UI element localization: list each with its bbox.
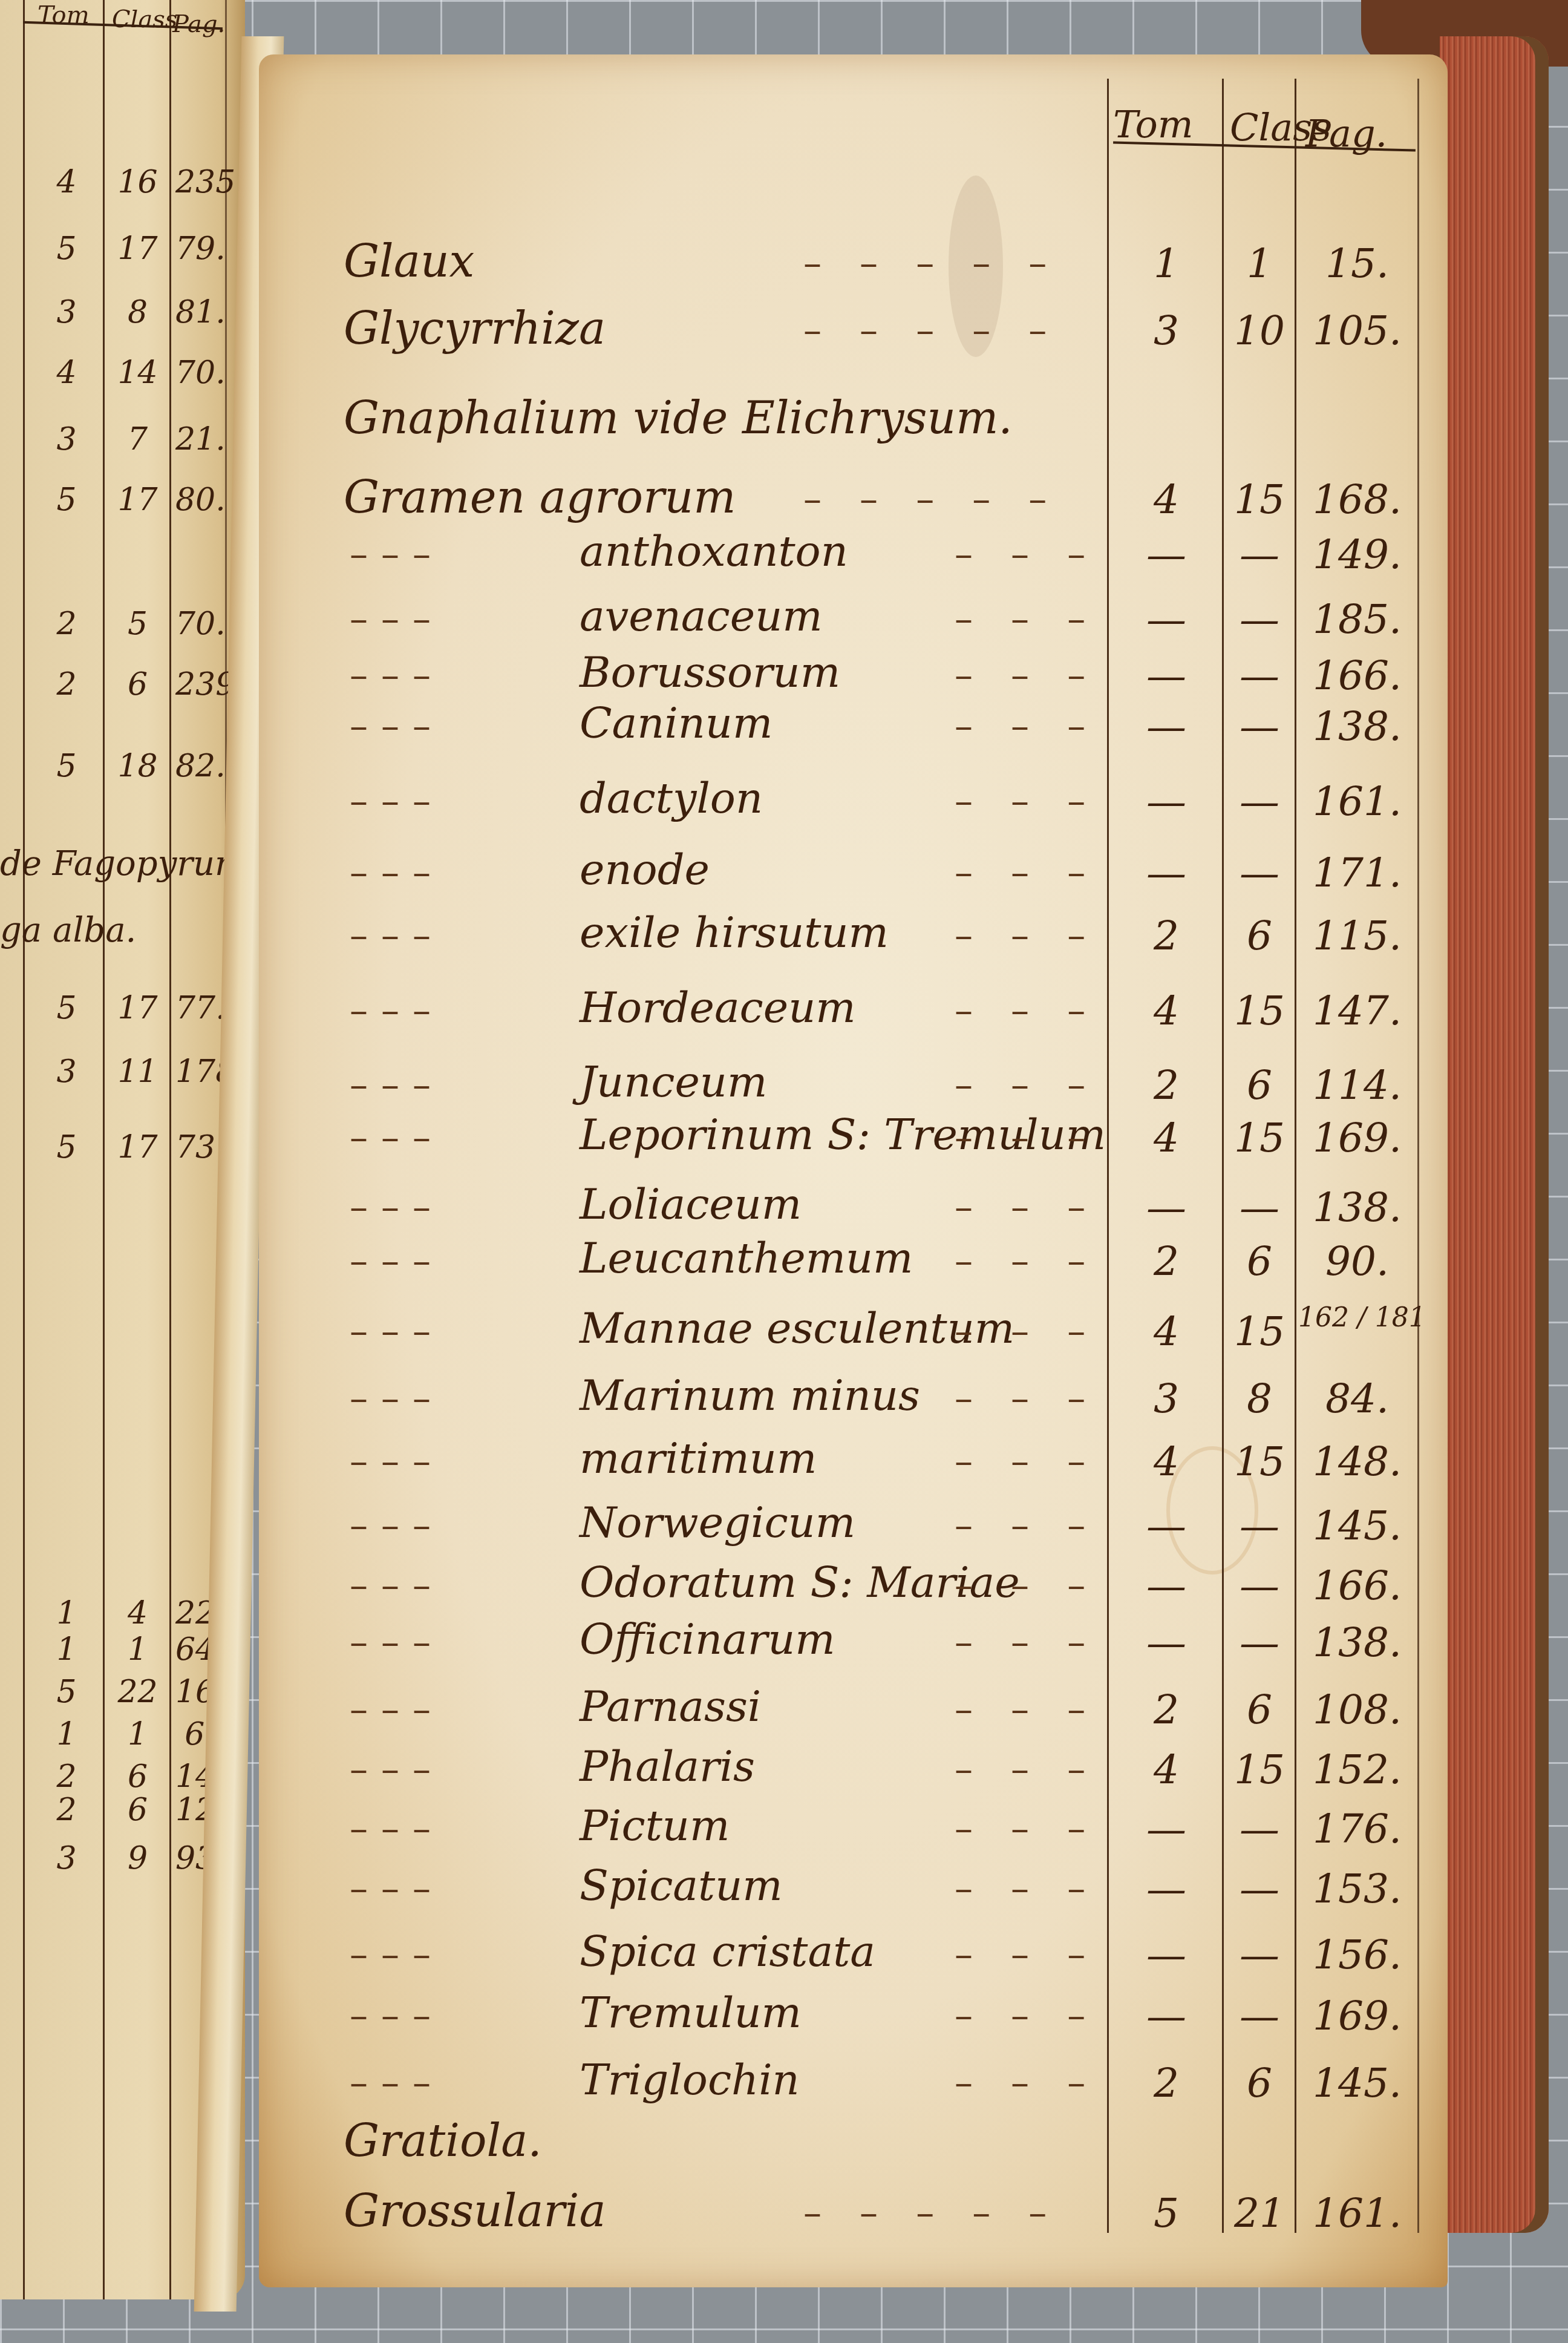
sub-entry-name: enode xyxy=(580,848,710,891)
right-border-rule xyxy=(1417,79,1419,2233)
leader-dashes: – – – xyxy=(955,1119,1099,1156)
cell-tom: — xyxy=(1112,853,1221,893)
entry-name: Grossularia xyxy=(344,2189,606,2233)
leader-dashes: – – – xyxy=(955,536,1099,572)
cell-class: — xyxy=(1226,1935,1293,1975)
cell-tom: 2 xyxy=(1112,1242,1221,1282)
left-cell-pag: 235. xyxy=(175,166,224,198)
sub-entry-name: dactylon xyxy=(580,777,763,819)
cell-class: 6 xyxy=(1226,1066,1293,1106)
left-cell-tom: 2 xyxy=(42,1761,91,1792)
left-header-tom: Tom xyxy=(38,3,90,27)
leader-dashes: – – – xyxy=(955,1936,1099,1973)
cell-tom: 4 xyxy=(1112,1442,1221,1482)
left-cell-class: 18 xyxy=(112,750,163,782)
cell-tom: 2 xyxy=(1112,2063,1221,2103)
cell-class: 15 xyxy=(1226,1750,1293,1790)
sub-entry-name: Norwegicum xyxy=(580,1501,855,1544)
left-cell-tom: 5 xyxy=(42,992,91,1024)
cell-class: — xyxy=(1226,1809,1293,1849)
cell-pag: 168. xyxy=(1298,480,1416,520)
leader-dashes: – – – xyxy=(955,1313,1099,1349)
left-cell-pag: 82. xyxy=(175,750,224,782)
left-fragment-text-1: de Fagopyrum. xyxy=(0,847,258,881)
left-cell-pag: 70. xyxy=(175,608,224,640)
sub-entry-name: Triglochin xyxy=(580,2059,800,2101)
left-cell-pag: 79. xyxy=(175,233,224,264)
cell-pag: 148. xyxy=(1298,1442,1416,1482)
left-cell-pag: 80. xyxy=(175,484,224,516)
leader-dashes: – – – xyxy=(955,783,1099,819)
leader-dashes: – – – xyxy=(955,2065,1099,2101)
ditto-leader-dashes: ––– xyxy=(350,917,444,954)
entry-name: Glaux xyxy=(344,239,474,284)
cell-pag: 15. xyxy=(1298,244,1416,284)
cell-pag: 138. xyxy=(1298,1188,1416,1228)
cell-pag: 115. xyxy=(1298,916,1416,956)
left-cell-tom: 1 xyxy=(42,1719,91,1750)
leader-dashes: – – – xyxy=(955,992,1099,1029)
header-tom: Tom xyxy=(1113,106,1194,143)
sub-entry-name: Pictum xyxy=(580,1804,730,1847)
cell-pag: 108. xyxy=(1298,1690,1416,1730)
cell-tom: — xyxy=(1112,1188,1221,1228)
ditto-leader-dashes: ––– xyxy=(350,536,444,572)
sub-entry-name: avenaceum xyxy=(580,595,823,637)
leader-dashes: – – – xyxy=(955,657,1099,693)
cell-class: 15 xyxy=(1226,1442,1293,1482)
ditto-leader-dashes: ––– xyxy=(350,1119,444,1156)
cell-tom: — xyxy=(1112,1566,1221,1606)
ditto-leader-dashes: ––– xyxy=(350,1691,444,1728)
cell-pag: 162 / 181 xyxy=(1298,1305,1416,1331)
cell-pag: 161. xyxy=(1298,782,1416,822)
left-cell-class: 17 xyxy=(112,1132,163,1163)
left-cell-pag: 239. xyxy=(175,669,224,700)
left-cell-tom: 4 xyxy=(42,357,91,388)
left-cell-class: 1 xyxy=(112,1719,163,1750)
left-cell-class: 16 xyxy=(112,166,163,198)
ditto-leader-dashes: ––– xyxy=(350,1567,444,1604)
left-cell-class: 6 xyxy=(112,1794,163,1826)
left-cell-class: 9 xyxy=(112,1843,163,1874)
tom-column-rule xyxy=(1107,79,1109,2233)
cell-tom: — xyxy=(1112,1809,1221,1849)
leader-dashes: – – – xyxy=(955,1624,1099,1660)
cell-tom: 4 xyxy=(1112,1750,1221,1790)
header-pag: Pag. xyxy=(1305,115,1387,152)
cell-class: 6 xyxy=(1226,916,1293,956)
cell-pag: 152. xyxy=(1298,1750,1416,1790)
left-cell-tom: 2 xyxy=(42,1794,91,1826)
cell-class: 6 xyxy=(1226,1242,1293,1282)
ditto-leader-dashes: ––– xyxy=(350,1751,444,1788)
ditto-leader-dashes: ––– xyxy=(350,2065,444,2101)
left-header-pag: Pag. xyxy=(172,12,225,36)
cell-pag: 138. xyxy=(1298,707,1416,747)
left-cell-class: 4 xyxy=(112,1597,163,1629)
left-cell-tom: 3 xyxy=(42,297,91,328)
cell-tom: — xyxy=(1112,1623,1221,1663)
cell-tom: 3 xyxy=(1112,311,1221,351)
cell-class: 1 xyxy=(1226,244,1293,284)
cell-pag: 166. xyxy=(1298,656,1416,696)
cell-pag: 161. xyxy=(1298,2194,1416,2233)
cell-pag: 114. xyxy=(1298,1066,1416,1106)
left-cell-tom: 2 xyxy=(42,608,91,640)
cell-tom: — xyxy=(1112,782,1221,822)
left-cell-tom: 5 xyxy=(42,1676,91,1708)
cell-class: — xyxy=(1226,853,1293,893)
pag-column-rule xyxy=(1295,79,1296,2233)
sub-entry-name: Loliaceum xyxy=(580,1183,802,1225)
sub-entry-name: Caninum xyxy=(580,702,773,744)
left-header-class: Class xyxy=(112,7,177,31)
cell-class: 10 xyxy=(1226,311,1293,351)
left-cell-tom: 1 xyxy=(42,1597,91,1629)
cell-class: — xyxy=(1226,1188,1293,1228)
leader-dashes: – – – xyxy=(955,854,1099,891)
left-cell-tom: 5 xyxy=(42,233,91,264)
cell-tom: 2 xyxy=(1112,1066,1221,1106)
left-cell-pag: 73. xyxy=(175,1132,224,1163)
cell-pag: 153. xyxy=(1298,1869,1416,1909)
left-cell-tom: 3 xyxy=(42,1843,91,1874)
ditto-leader-dashes: ––– xyxy=(350,1380,444,1417)
sub-entry-name: Leucanthemum xyxy=(580,1237,913,1279)
entry-name: Gramen agrorum xyxy=(344,475,736,520)
cell-class: — xyxy=(1226,1996,1293,2036)
ditto-leader-dashes: ––– xyxy=(350,783,444,819)
sub-entry-name: Phalaris xyxy=(580,1745,755,1788)
leader-dashes: – – – – – xyxy=(803,245,1060,281)
cell-pag: 105. xyxy=(1298,311,1416,351)
left-cell-class: 1 xyxy=(112,1634,163,1665)
cell-pag: 138. xyxy=(1298,1623,1416,1663)
entry-name: Glycyrrhiza xyxy=(344,306,606,351)
cell-class: — xyxy=(1226,535,1293,575)
left-cell-class: 5 xyxy=(112,608,163,640)
cell-class: 6 xyxy=(1226,2063,1293,2103)
sub-entry-name: Odoratum S: Mariae xyxy=(580,1561,1020,1604)
ditto-leader-dashes: ––– xyxy=(350,708,444,744)
cell-pag: 145. xyxy=(1298,1506,1416,1546)
cell-class: 15 xyxy=(1226,991,1293,1031)
cell-pag: 145. xyxy=(1298,2063,1416,2103)
left-cell-tom: 3 xyxy=(42,1056,91,1087)
sub-entry-name: Mannae esculentum xyxy=(580,1307,1014,1349)
cell-class: — xyxy=(1226,707,1293,747)
sub-entry-name: Parnassi xyxy=(580,1685,761,1728)
ditto-leader-dashes: ––– xyxy=(350,1624,444,1660)
cell-tom: 4 xyxy=(1112,991,1221,1031)
cell-tom: — xyxy=(1112,1506,1221,1546)
ditto-leader-dashes: ––– xyxy=(350,1189,444,1225)
cell-pag: 156. xyxy=(1298,1935,1416,1975)
left-cell-class: 14 xyxy=(112,357,163,388)
ditto-leader-dashes: ––– xyxy=(350,601,444,637)
leader-dashes: – – – xyxy=(955,1810,1099,1847)
ditto-leader-dashes: ––– xyxy=(350,854,444,891)
left-cell-class: 22 xyxy=(112,1676,163,1708)
left-cell-pag: 70. xyxy=(175,357,224,388)
cell-pag: 185. xyxy=(1298,600,1416,640)
leader-dashes: – – – – – xyxy=(803,481,1060,517)
cell-tom: 2 xyxy=(1112,1690,1221,1730)
cell-tom: — xyxy=(1112,707,1221,747)
left-cell-pag: 178. xyxy=(175,1056,224,1087)
left-cell-tom: 5 xyxy=(42,484,91,516)
cell-class: — xyxy=(1226,656,1293,696)
left-cell-tom: 3 xyxy=(42,424,91,455)
ditto-leader-dashes: ––– xyxy=(350,1997,444,2034)
class-column-rule xyxy=(1222,79,1224,2233)
sub-entry-name: Junceum xyxy=(580,1061,767,1103)
cell-class: 15 xyxy=(1226,1118,1293,1158)
left-cell-class: 6 xyxy=(112,669,163,700)
left-cell-tom: 1 xyxy=(42,1634,91,1665)
sub-entry-name: Spica cristata xyxy=(580,1930,875,1973)
cell-class: 8 xyxy=(1226,1379,1293,1419)
cell-tom: — xyxy=(1112,1935,1221,1975)
cell-class: — xyxy=(1226,1623,1293,1663)
page-edges-red xyxy=(1440,36,1549,2233)
ditto-leader-dashes: ––– xyxy=(350,1507,444,1544)
cell-tom: 4 xyxy=(1112,1312,1221,1352)
leader-dashes: – – – xyxy=(955,1751,1099,1788)
left-cell-pag: 21. xyxy=(175,424,224,455)
ditto-leader-dashes: ––– xyxy=(350,1243,444,1279)
leader-dashes: – – – xyxy=(955,1691,1099,1728)
cell-tom: 4 xyxy=(1112,1118,1221,1158)
cell-tom: — xyxy=(1112,535,1221,575)
sub-entry-name: exile hirsutum xyxy=(580,911,889,954)
cell-class: 21 xyxy=(1226,2194,1293,2233)
cell-class: — xyxy=(1226,600,1293,640)
sub-entry-name: Hordeaceum xyxy=(580,986,856,1029)
leader-dashes: – – – xyxy=(955,1870,1099,1907)
leader-dashes: – – – xyxy=(955,917,1099,954)
sub-entry-name: Officinarum xyxy=(580,1618,835,1660)
entry-name: Gratiola. xyxy=(344,2119,542,2163)
right-page: Tom Class Pag. Glaux– – – – –1115.Glycyr… xyxy=(259,54,1448,2287)
ditto-leader-dashes: ––– xyxy=(350,1313,444,1349)
entry-name: Gnaphalium vide Elichrysum. xyxy=(344,396,1013,441)
ditto-leader-dashes: ––– xyxy=(350,1067,444,1103)
ditto-leader-dashes: ––– xyxy=(350,1870,444,1907)
leader-dashes: – – – xyxy=(955,1189,1099,1225)
sub-entry-name: Borussorum xyxy=(580,651,840,693)
leader-dashes: – – – xyxy=(955,708,1099,744)
cell-pag: 169. xyxy=(1298,1118,1416,1158)
left-cell-class: 17 xyxy=(112,992,163,1024)
left-cell-pag: 77. xyxy=(175,992,224,1024)
left-col-rule-2 xyxy=(103,0,105,2299)
cell-pag: 149. xyxy=(1298,535,1416,575)
cell-tom: 5 xyxy=(1112,2194,1221,2233)
cell-class: 15 xyxy=(1226,480,1293,520)
cell-tom: 2 xyxy=(1112,916,1221,956)
left-cell-class: 11 xyxy=(112,1056,163,1087)
left-cell-tom: 5 xyxy=(42,750,91,782)
left-cell-tom: 5 xyxy=(42,1132,91,1163)
cell-class: — xyxy=(1226,782,1293,822)
left-fragment-text-2: ga alba. xyxy=(0,914,136,948)
cell-class: — xyxy=(1226,1506,1293,1546)
left-col-rule-1 xyxy=(23,0,25,2299)
sub-entry-name: Marinum minus xyxy=(580,1374,920,1417)
leader-dashes: – – – xyxy=(955,1380,1099,1417)
cell-class: 6 xyxy=(1226,1690,1293,1730)
left-cell-tom: 4 xyxy=(42,166,91,198)
cell-tom: 1 xyxy=(1112,244,1221,284)
sub-entry-name: anthoxanton xyxy=(580,530,848,572)
cell-tom: 3 xyxy=(1112,1379,1221,1419)
left-cell-pag: 81. xyxy=(175,297,224,328)
leader-dashes: – – – xyxy=(955,1567,1099,1604)
leader-dashes: – – – xyxy=(955,601,1099,637)
left-cell-class: 17 xyxy=(112,484,163,516)
cell-tom: — xyxy=(1112,1869,1221,1909)
left-cell-class: 8 xyxy=(112,297,163,328)
left-cell-class: 7 xyxy=(112,424,163,455)
cell-tom: 4 xyxy=(1112,480,1221,520)
cell-pag: 166. xyxy=(1298,1566,1416,1606)
left-cell-tom: 2 xyxy=(42,669,91,700)
left-cell-class: 6 xyxy=(112,1761,163,1792)
cell-pag: 147. xyxy=(1298,991,1416,1031)
leader-dashes: – – – xyxy=(955,1243,1099,1279)
cell-pag: 90. xyxy=(1298,1242,1416,1282)
sub-entry-name: maritimum xyxy=(580,1437,817,1480)
left-col-rule-3 xyxy=(169,0,171,2299)
cell-class: — xyxy=(1226,1869,1293,1909)
cell-tom: — xyxy=(1112,1996,1221,2036)
cell-class: — xyxy=(1226,1566,1293,1606)
ditto-leader-dashes: ––– xyxy=(350,657,444,693)
leader-dashes: – – – xyxy=(955,1443,1099,1480)
left-cell-class: 17 xyxy=(112,233,163,264)
ditto-leader-dashes: ––– xyxy=(350,992,444,1029)
leader-dashes: – – – xyxy=(955,1067,1099,1103)
cell-pag: 84. xyxy=(1298,1379,1416,1419)
ditto-leader-dashes: ––– xyxy=(350,1936,444,1973)
leader-dashes: – – – xyxy=(955,1997,1099,2034)
cell-pag: 169. xyxy=(1298,1996,1416,2036)
ditto-leader-dashes: ––– xyxy=(350,1810,444,1847)
ditto-leader-dashes: ––– xyxy=(350,1443,444,1480)
cell-class: 15 xyxy=(1226,1312,1293,1352)
cell-tom: — xyxy=(1112,600,1221,640)
cell-pag: 171. xyxy=(1298,853,1416,893)
cell-pag: 176. xyxy=(1298,1809,1416,1849)
sub-entry-name: Tremulum xyxy=(580,1991,802,2034)
cell-tom: — xyxy=(1112,656,1221,696)
sub-entry-name: Spicatum xyxy=(580,1864,783,1907)
leader-dashes: – – – – – xyxy=(803,2195,1060,2231)
leader-dashes: – – – – – xyxy=(803,312,1060,349)
leader-dashes: – – – xyxy=(955,1507,1099,1544)
